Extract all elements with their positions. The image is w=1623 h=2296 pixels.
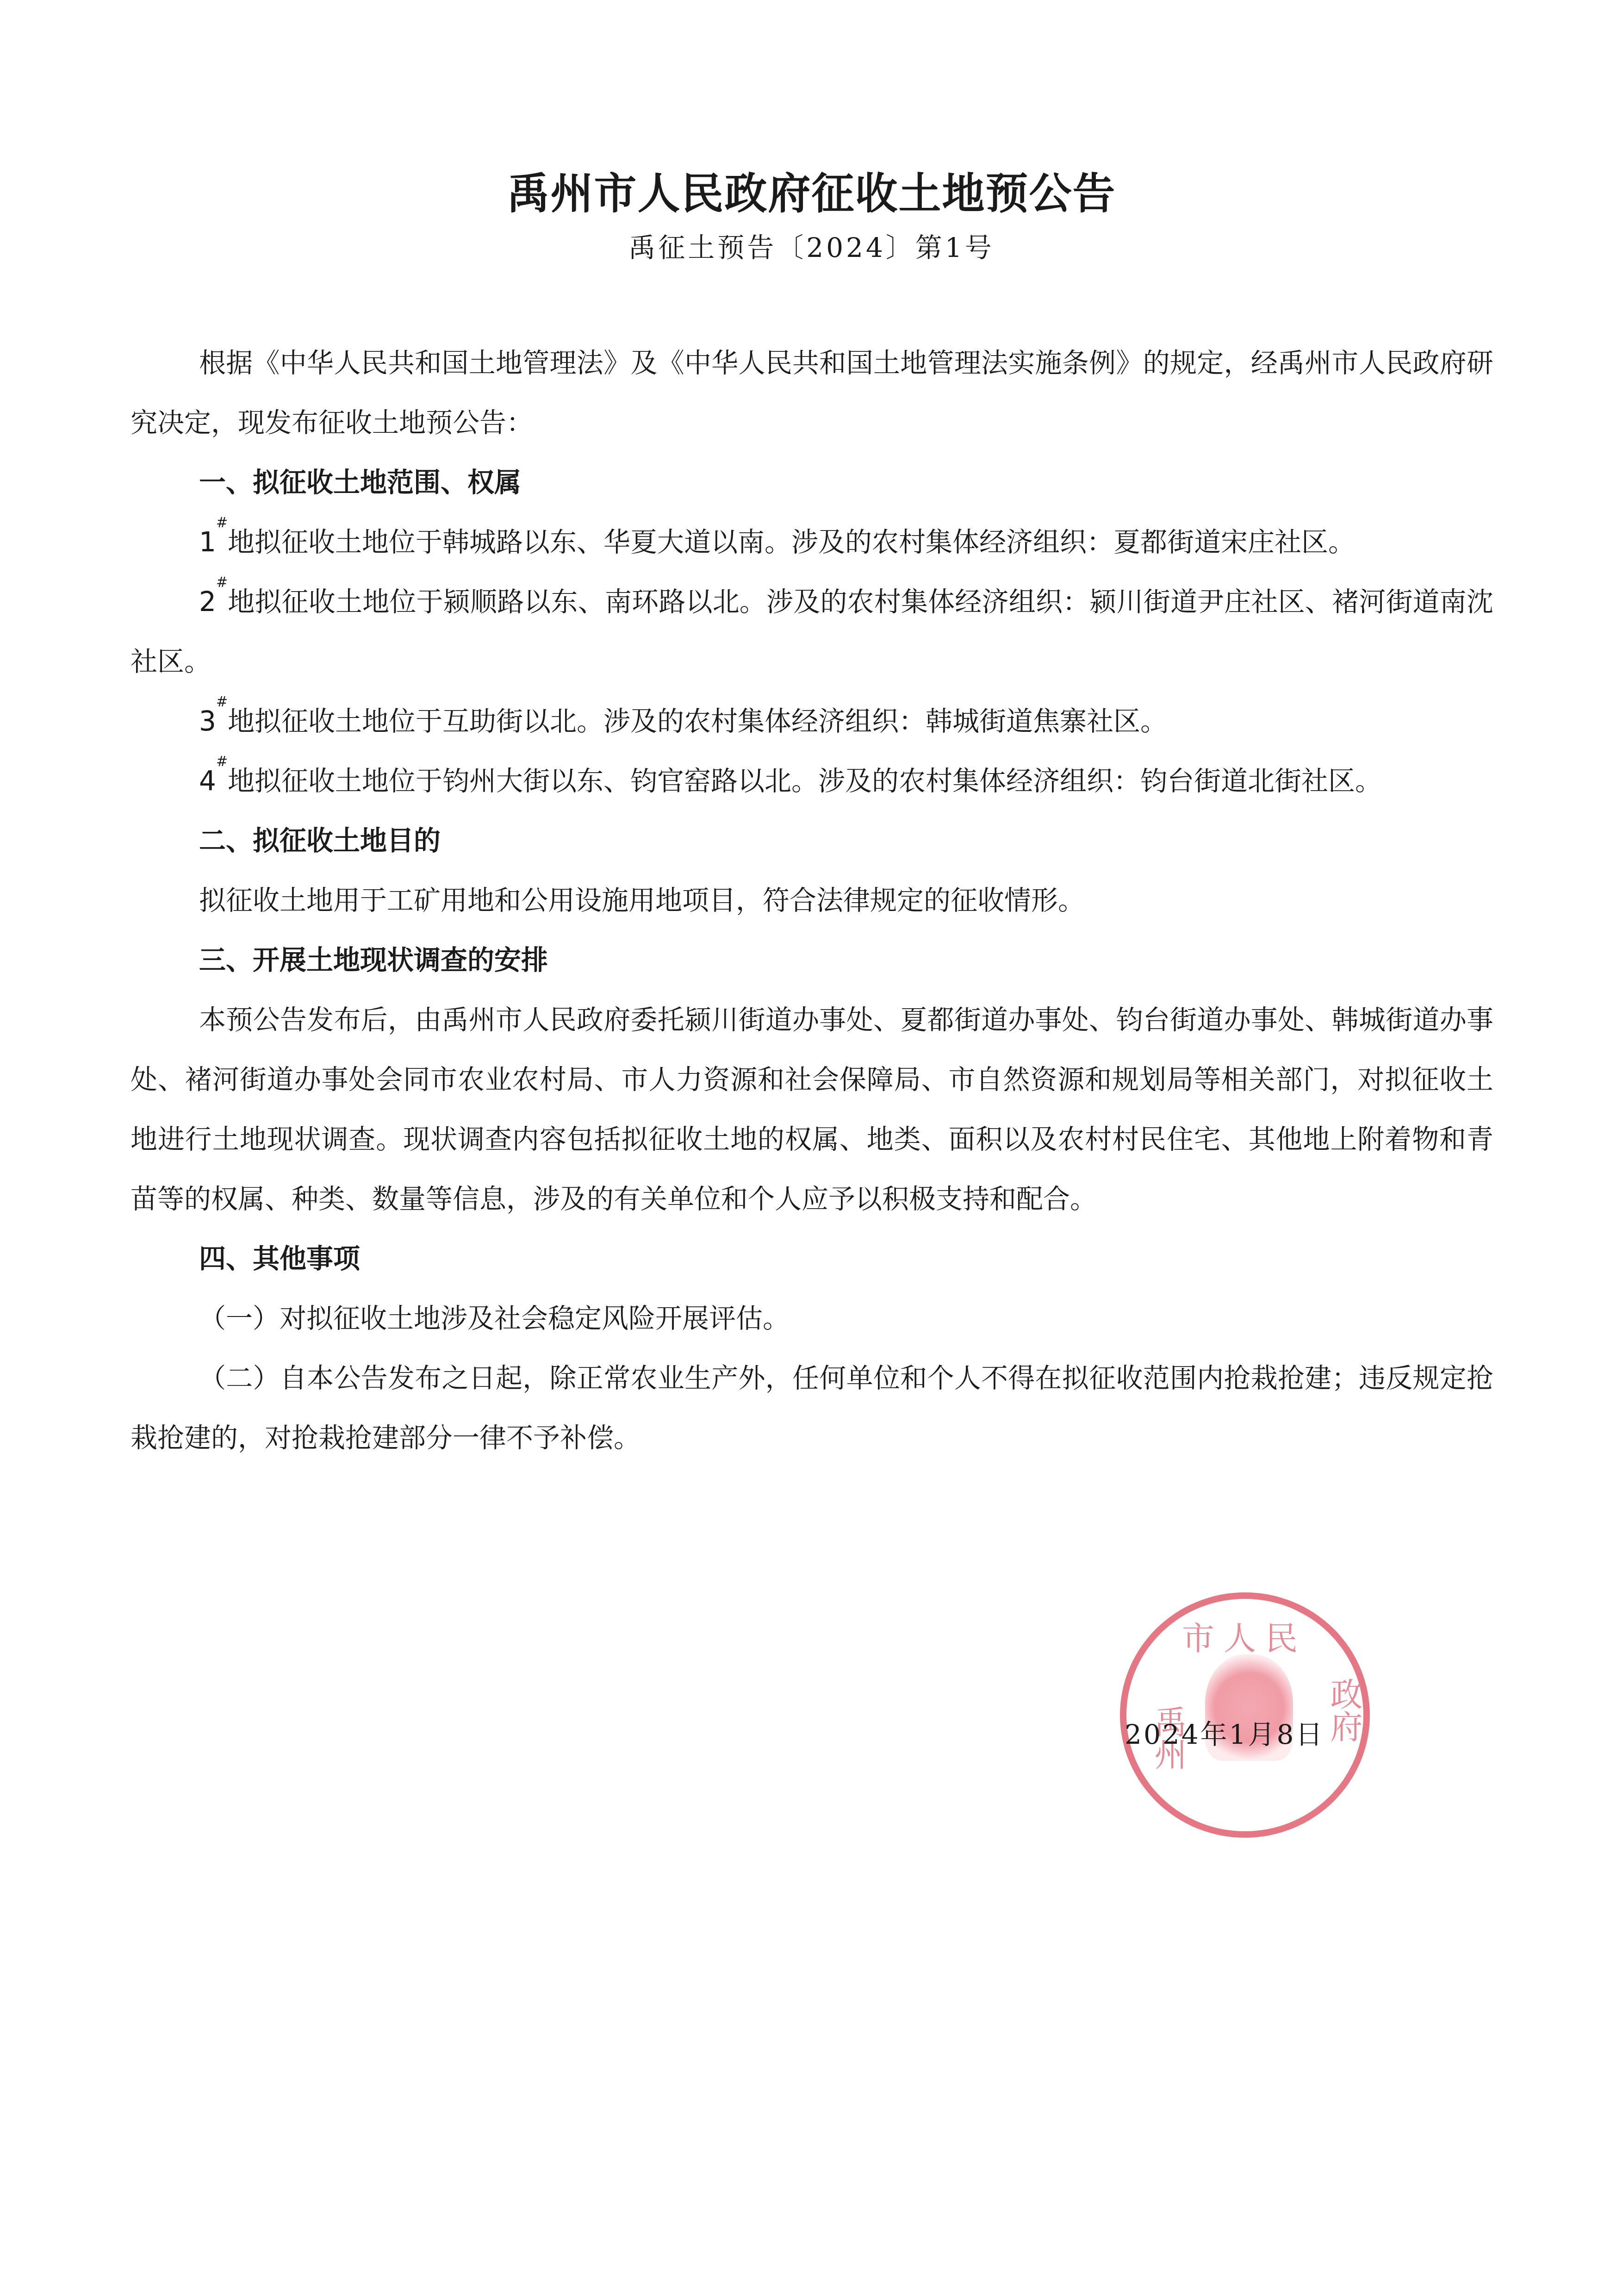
seal-text-top: 市人民: [1182, 1613, 1307, 1660]
seal-text-right: 政府: [1321, 1678, 1368, 1742]
parcel-item: 1#地拟征收土地位于韩城路以东、华夏大道以南。涉及的农村集体经济组织：夏都街道宋…: [131, 512, 1493, 572]
section-heading-2: 二、拟征收土地目的: [131, 811, 1493, 871]
issue-date: 2024年1月8日: [1125, 1713, 1324, 1752]
purpose-paragraph: 拟征收土地用于工矿用地和公用设施用地项目，符合法律规定的征收情形。: [131, 871, 1493, 930]
survey-paragraph: 本预公告发布后，由禹州市人民政府委托颍川街道办事处、夏都街道办事处、钧台街道办事…: [131, 990, 1493, 1229]
parcel-item: 3#地拟征收土地位于互助街以北。涉及的农村集体经济组织：韩城街道焦寨社区。: [131, 692, 1493, 751]
section-heading-3: 三、开展土地现状调查的安排: [131, 930, 1493, 990]
intro-paragraph: 根据《中华人民共和国土地管理法》及《中华人民共和国土地管理法实施条例》的规定，经…: [131, 333, 1493, 453]
section-heading-4: 四、其他事项: [131, 1229, 1493, 1289]
document-title: 禹州市人民政府征收土地预公告: [0, 160, 1623, 221]
section-heading-1: 一、拟征收土地范围、权属: [131, 453, 1493, 512]
other-item-2: （二）自本公告发布之日起，除正常农业生产外，任何单位和个人不得在拟征收范围内抢栽…: [131, 1348, 1493, 1468]
other-item-1: （一）对拟征收土地涉及社会稳定风险开展评估。: [131, 1289, 1493, 1348]
document-number: 禹征土预告〔2024〕第1号: [0, 226, 1623, 265]
document-body: 根据《中华人民共和国土地管理法》及《中华人民共和国土地管理法实施条例》的规定，经…: [131, 333, 1493, 1468]
parcel-item: 4#地拟征收土地位于钧州大街以东、钧官窑路以北。涉及的农村集体经济组织：钧台街道…: [131, 751, 1493, 811]
parcel-item: 2#地拟征收土地位于颍顺路以东、南环路以北。涉及的农村集体经济组织：颍川街道尹庄…: [131, 572, 1493, 692]
